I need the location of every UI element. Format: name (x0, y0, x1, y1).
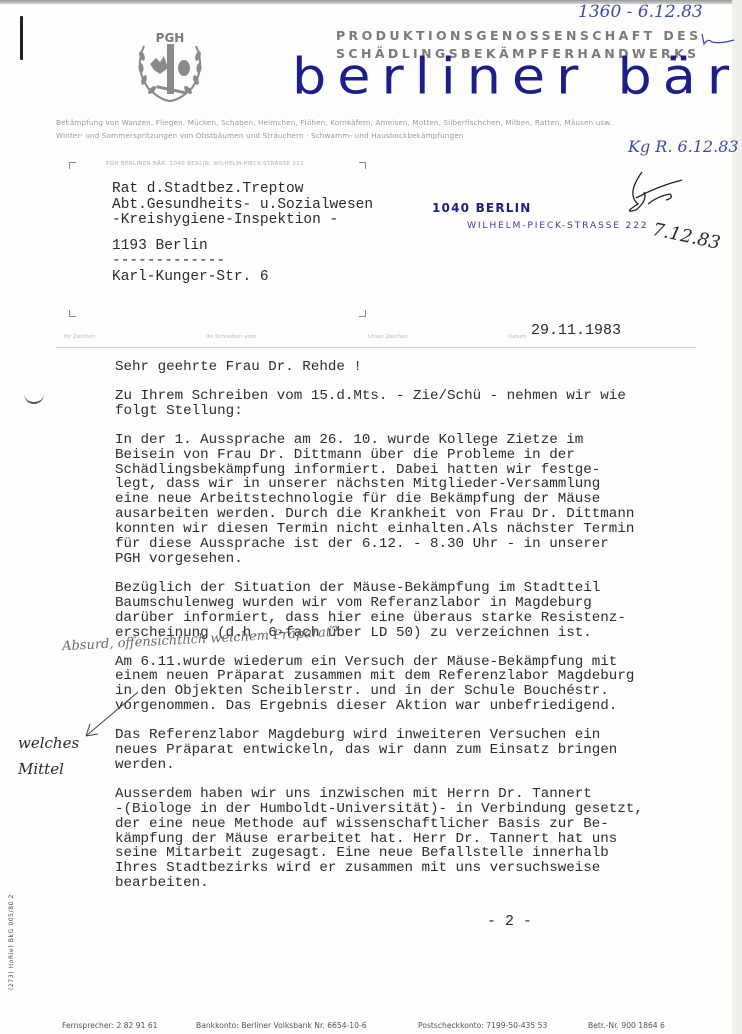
address-window-corner (69, 310, 76, 317)
paragraph-line: Am 6.11.wurde wiederum ein Versuch der M… (115, 655, 705, 670)
paragraph-line: vorgenommen. Das Ergebnis dieser Aktion … (115, 699, 705, 714)
paragraph-line: in den Objekten Scheiblerstr. und in der… (115, 684, 705, 699)
footer-company-number: Betr.-Nr. 900 1864 6 (588, 1021, 665, 1030)
letter-paragraph: In der 1. Aussprache am 26. 10. wurde Ko… (115, 433, 705, 567)
paragraph-line: Ausserdem haben wir uns inzwischen mit H… (115, 787, 705, 802)
paragraph-line: einem neuen Präparat zusammen mit dem Re… (115, 669, 705, 684)
handwritten-squiggle-icon (700, 30, 740, 50)
paragraph-line: In der 1. Aussprache am 26. 10. wurde Ko… (115, 433, 705, 448)
paragraph-line: Ihres Stadtbezirks wird er zusammen mit … (115, 861, 705, 876)
letter-paragraph: Ausserdem haben wir uns inzwischen mit H… (115, 787, 705, 891)
reference-rule (56, 347, 696, 348)
label-date: Datum (508, 334, 527, 340)
paragraph-line: darüber informiert, dass hier eine übera… (115, 611, 705, 626)
paragraph-line: eine neue Arbeitstechnologie für die Bek… (115, 492, 705, 507)
services-line-2: Winter- und Sommerspritzungen von Obstbä… (56, 131, 463, 140)
paragraph-line: Schädlingsbekämpfung informiert. Dabei h… (115, 463, 705, 478)
paragraph-line: -(Biologe in der Humboldt-Universität)- … (115, 802, 705, 817)
paragraph-line: Das Referenzlabor Magdeburg wird inweite… (115, 728, 705, 743)
paragraph-line: PGH vorgesehen. (115, 552, 705, 567)
recipient-line: Rat d.Stadtbez.Treptow (112, 182, 373, 198)
recipient-city: 1193 Berlin (112, 239, 373, 255)
paragraph-line: Bezüglich der Situation der Mäuse-Bekämp… (115, 581, 705, 596)
footer-bank: Bankkonto: Berliner Volksbank Nr. 6654-1… (196, 1021, 367, 1030)
letter-paragraph: Am 6.11.wurde wiederum ein Versuch der M… (115, 655, 705, 715)
paragraph-line: werden. (115, 758, 705, 773)
handwritten-register-number: 1360 - 6.12.83 (578, 2, 703, 22)
letter-paragraph: Zu Ihrem Schreiben vom 15.d.Mts. - Zie/S… (115, 389, 705, 419)
address-window-corner (359, 162, 366, 169)
address-window-corner (69, 162, 76, 169)
paragraph-line: Baumschulenweg wurden wir vom Referanzla… (115, 596, 705, 611)
paragraph-line: seine Mitarbeit zugesagt. Eine neue Befa… (115, 846, 705, 861)
form-code: (273) HoRie) BkG 005/80 2 (8, 894, 15, 990)
paragraph-line: folgt Stellung: (115, 404, 705, 419)
greeting: Sehr geehrte Frau Dr. Rehde ! (115, 360, 705, 375)
sender-return-line: PGH BERLINER BÄR, 1040 BERLIN, WILHELM-P… (106, 161, 304, 167)
svg-text:PGH: PGH (156, 31, 185, 45)
office-city: 1040 BERLIN (432, 201, 532, 215)
recipient-street: Karl-Kunger-Str. 6 (112, 270, 373, 286)
recipient-address: Rat d.Stadtbez.Treptow Abt.Gesundheits- … (112, 182, 373, 285)
paragraph-line: neues Präparat entwickeln, das wir dann … (115, 743, 705, 758)
paragraph-line: für diese Aussprache ist der 6.12. - 8.3… (115, 537, 705, 552)
label-our-reference: Unser Zeichen (368, 334, 408, 340)
services-line-1: Bekämpfung von Wanzen, Fliegen, Mücken, … (56, 118, 612, 127)
footer-phone: Fernsprecher: 2 82 91 61 (62, 1021, 158, 1030)
handwritten-arrow-icon (80, 690, 140, 740)
punch-hole (24, 388, 44, 404)
pgh-emblem-icon: PGH (130, 24, 210, 104)
brand-name: berliner bär (292, 52, 740, 102)
binding-mark (20, 16, 23, 60)
paragraph-line: ausarbeiten werden. Durch die Krankheit … (115, 507, 705, 522)
recipient-city-underline: ------------- (112, 254, 373, 270)
address-window-corner (359, 310, 366, 317)
paragraph-line: bearbeiten. (115, 876, 705, 891)
letter-date: 29.11.1983 (531, 322, 621, 339)
page-marker: - 2 - (487, 913, 532, 930)
label-your-reference: Ihr Zeichen (64, 334, 95, 340)
recipient-line: Abt.Gesundheits- u.Sozialwesen (112, 198, 373, 214)
paragraph-line: legt, dass wir in unserer nächsten Mitgl… (115, 477, 705, 492)
recipient-line: -Kreishygiene-Inspektion - (112, 213, 373, 229)
letter-paragraph: Das Referenzlabor Magdeburg wird inweite… (115, 728, 705, 773)
cooperative-name-line-1: PRODUKTIONSGENOSSENSCHAFT DES (336, 28, 701, 43)
paragraph-line: der eine neue Methode auf wissenschaftli… (115, 817, 705, 832)
footer-postal-check: Postscheckkonto: 7199-50-435 53 (418, 1021, 547, 1030)
label-your-letter-date: Ihr Schreiben vom (206, 334, 256, 340)
letter-page: PGH PRODUKTIONSGENOSSENSCHAFT DES SCHÄDL… (0, 0, 742, 1034)
handwritten-receipt-note: Kg R. 6.12.83 (628, 137, 739, 156)
paragraph-line: konnten wir diesen Termin nicht einhalte… (115, 522, 705, 537)
paragraph-line: kämpfung der Mäuse erarbeitet hat. Herr … (115, 832, 705, 847)
paragraph-line: Beisein von Frau Dr. Dittmann über die P… (115, 448, 705, 463)
paragraph-line: Zu Ihrem Schreiben vom 15.d.Mts. - Zie/S… (115, 389, 705, 404)
